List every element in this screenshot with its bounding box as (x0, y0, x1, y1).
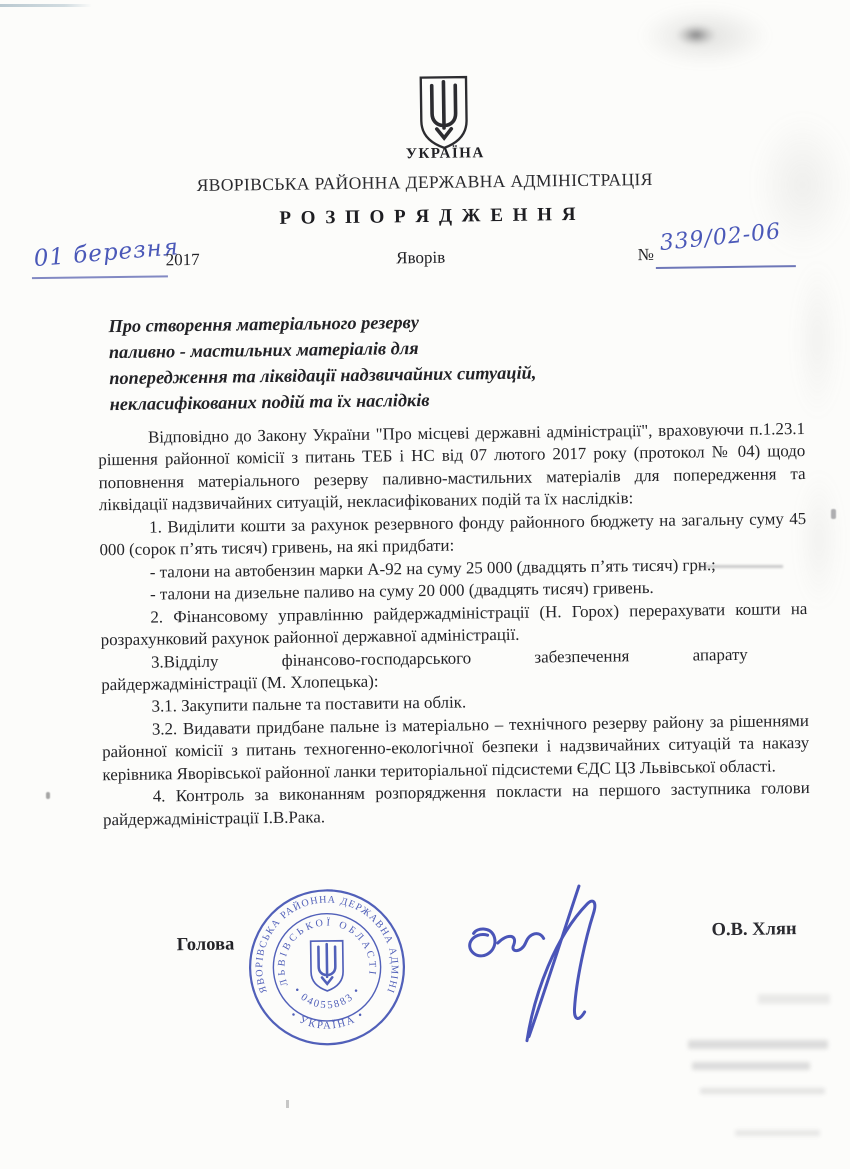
body-paragraph: Відповідно до Закону України "Про місцев… (98, 418, 806, 517)
body-paragraph: 3.2. Видавати придбане пальне із матеріа… (102, 710, 810, 787)
handwritten-signature (451, 879, 638, 1051)
emblem-country-label: УКРАЇНА (385, 145, 505, 164)
date-underline (32, 275, 168, 279)
document-body: Відповідно до Закону України "Про місцев… (98, 418, 810, 831)
official-round-stamp: ЯВОРІВСЬКА РАЙОННА ДЕРЖАВНА АДМІНІСТРАЦІ… (240, 879, 414, 1055)
document-content: УКРАЇНА ЯВОРІВСЬКА РАЙОННА ДЕРЖАВНА АДМІ… (0, 0, 850, 1169)
signatory-position-label: Голова (177, 935, 235, 957)
svg-text:• 04055883 •: • 04055883 • (291, 985, 364, 1012)
signatory-name: О.В. Хлян (711, 919, 796, 941)
document-subject: Про створення матеріального резерву пали… (108, 307, 599, 417)
number-underline (656, 265, 796, 269)
organization-name: ЯВОРІВСЬКА РАЙОННА ДЕРЖАВНА АДМІНІСТРАЦІ… (0, 166, 850, 198)
stamp-code-text: • 04055883 • (291, 985, 364, 1012)
ukraine-trident-emblem-icon (414, 73, 473, 150)
stamp-trident-icon (311, 941, 344, 991)
subject-line: некласифікованих подій та їх наслідків (109, 385, 599, 417)
svg-text:ЯВОРІВСЬКА РАЙОННА ДЕРЖАВНА АД: ЯВОРІВСЬКА РАЙОННА ДЕРЖАВНА АДМІНІСТРАЦІ… (240, 879, 400, 997)
scanned-document-page: УКРАЇНА ЯВОРІВСЬКА РАЙОННА ДЕРЖАВНА АДМІ… (0, 0, 850, 1169)
body-paragraph: 4. Контроль за виконанням розпорядження … (103, 777, 811, 831)
stamp-outer-text: ЯВОРІВСЬКА РАЙОННА ДЕРЖАВНА АДМІНІСТРАЦІ… (240, 879, 400, 997)
number-label: № (638, 245, 654, 265)
